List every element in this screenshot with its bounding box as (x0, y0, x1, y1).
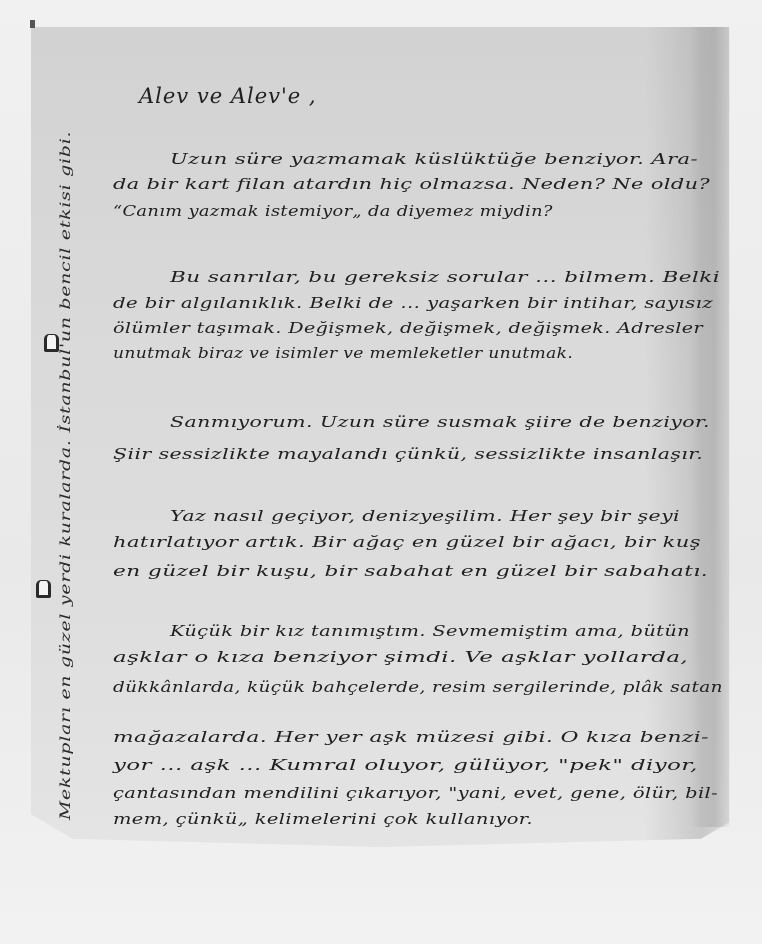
binder-hole-icon (44, 334, 59, 352)
letter-line: çantasından mendilini çıkarıyor, "yani, … (113, 784, 718, 802)
letter-line: hatırlatıyor artık. Bir ağaç en güzel bi… (113, 533, 701, 551)
page-corner-mark (30, 20, 35, 28)
letter-line: mem, çünkü„ kelimelerini çok kullanıyor. (113, 810, 533, 828)
letter-line: Sanmıyorum. Uzun süre susmak şiire de be… (170, 413, 710, 431)
letter-line: “Canım yazmak istemiyor„ da diyemez miyd… (113, 202, 553, 220)
letter-line: Şiir sessizlikte mayalandı çünkü, sessiz… (113, 445, 703, 463)
letter-line: yor ... aşk ... Kumral oluyor, gülüyor, … (113, 756, 698, 774)
letter-line: dükkânlarda, küçük bahçelerde, resim ser… (113, 678, 723, 696)
letter-line: ölümler taşımak. Değişmek, değişmek, değ… (113, 319, 703, 337)
letter-line: da bir kart filan atardın hiç olmazsa. N… (113, 175, 710, 193)
letter-line: en güzel bir kuşu, bir sabahat en güzel … (113, 562, 708, 580)
letter-title: Alev ve Alev'e , (139, 84, 317, 108)
letter-line: de bir algılanıklık. Belki de ... yaşark… (113, 294, 713, 312)
letter-line: unutmak biraz ve isimler ve memleketler … (113, 344, 573, 362)
letter-line: aşklar o kıza benziyor şimdi. Ve aşklar … (113, 648, 688, 666)
letter-line: Yaz nasıl geçiyor, denizyeşilim. Her şey… (170, 507, 680, 525)
letter-line: mağazalarda. Her yer aşk müzesi gibi. O … (113, 728, 709, 746)
letter-line: Bu sanrılar, bu gereksiz sorular ... bil… (170, 268, 720, 286)
binder-hole-icon (36, 580, 51, 598)
margin-note: Mektupları en güzel yerdi kuralarda. İst… (58, 131, 74, 820)
letter-line: Küçük bir kız tanımıştım. Sevmemiştim am… (170, 622, 690, 640)
letter-line: Uzun süre yazmamak küslüktüğe benziyor. … (170, 150, 698, 168)
